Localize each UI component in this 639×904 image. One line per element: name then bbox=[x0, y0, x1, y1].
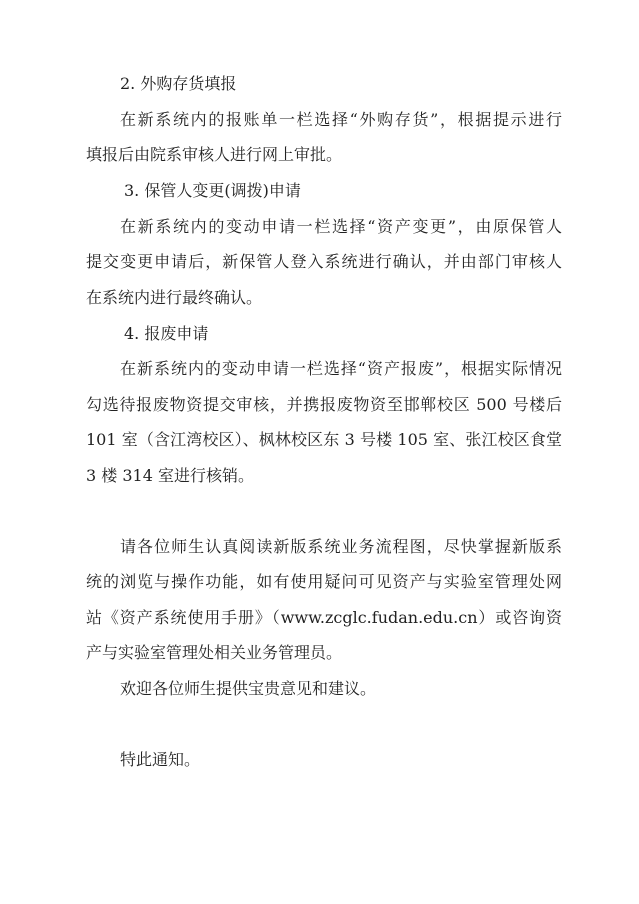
closing-line: 产与实验室管理处相关业务管理员。 bbox=[86, 643, 562, 663]
paragraph-line: 3 楼 314 室进行核销。 bbox=[86, 466, 562, 486]
paragraph-line: 在新系统内的变动申请一栏选择“资产变更”，由原保管人 bbox=[120, 217, 562, 237]
paragraph-line: 在新系统内的报账单一栏选择“外购存货”，根据提示进行 bbox=[120, 110, 562, 130]
closing-line: 统的浏览与操作功能，如有使用疑问可见资产与实验室管理处网 bbox=[86, 572, 562, 592]
section-heading-2: 2. 外购存货填报 bbox=[120, 74, 596, 94]
section-heading-4: 4. 报废申请 bbox=[124, 324, 600, 344]
closing-line: 请各位师生认真阅读新版系统业务流程图，尽快掌握新版系 bbox=[120, 537, 562, 557]
paragraph-line: 101 室（含江湾校区）、枫林校区东 3 号楼 105 室、张江校区食堂 bbox=[86, 430, 562, 450]
document-page: 2. 外购存货填报 在新系统内的报账单一栏选择“外购存货”，根据提示进行 填报后… bbox=[0, 0, 639, 904]
paragraph-line: 提交变更申请后，新保管人登入系统进行确认，并由部门审核人 bbox=[86, 252, 562, 272]
paragraph-line: 勾选待报废物资提交审核，并携报废物资至邯郸校区 500 号楼后 bbox=[86, 395, 562, 415]
section-heading-3: 3. 保管人变更(调拨)申请 bbox=[124, 181, 600, 201]
paragraph-line: 在新系统内的变动申请一栏选择“资产报废”，根据实际情况 bbox=[120, 359, 562, 379]
notice-text: 特此通知。 bbox=[120, 750, 562, 770]
paragraph-line: 在系统内进行最终确认。 bbox=[86, 288, 562, 308]
welcome-text: 欢迎各位师生提供宝贵意见和建议。 bbox=[120, 679, 562, 699]
paragraph-line: 填报后由院系审核人进行网上审批。 bbox=[86, 145, 562, 165]
closing-line: 站《资产系统使用手册》（www.zcglc.fudan.edu.cn）或咨询资 bbox=[86, 608, 562, 628]
